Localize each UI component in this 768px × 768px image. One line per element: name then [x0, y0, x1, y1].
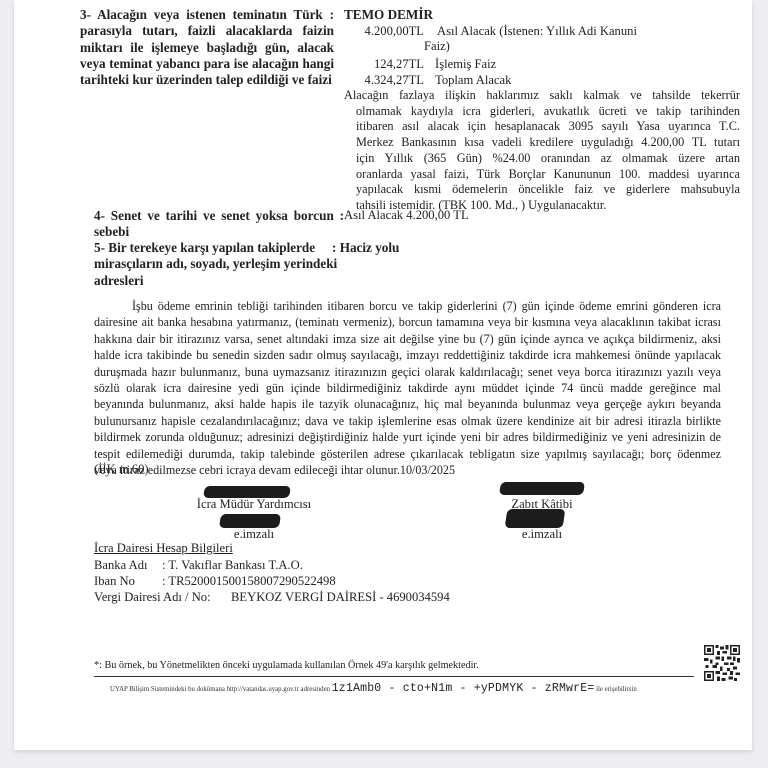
- section3-label-line: 3- Alacağın veya istenen teminatın Türk …: [80, 7, 334, 23]
- bank-info-heading: İcra Dairesi Hesap Bilgileri: [94, 541, 233, 556]
- uyap-access-code[interactable]: 1z1Amb0 - cto+N1m - +yPDMYK - zRMwrE=: [332, 682, 595, 695]
- paragraph-line: bulunursanız hapisle cezalandırılacağını…: [94, 413, 721, 429]
- bank-label: Banka Adı: [94, 558, 148, 573]
- iban-row: Iban No : TR520001500158007290522498: [94, 574, 494, 590]
- amount-label-cont: Faiz): [424, 39, 450, 54]
- paragraph-line: itibaren asıl alacak için hesaplanacak 3…: [356, 119, 740, 135]
- section5-label-line: 5- Bir terekeye karşı yapılan takiplerde: [94, 240, 344, 256]
- creditor-name: TEMO DEMİR: [344, 7, 433, 23]
- warning-paragraph: İşbu ödeme emrinin tebliği tarihinden it…: [94, 298, 721, 478]
- paragraph-line: duruşmada hazır bulunmanız, buna uymazsa…: [94, 364, 721, 380]
- paragraph-line: oranlarda yasal faizi, Türk Borçlar Kanu…: [356, 167, 740, 183]
- amount-label: İşlemiş Faiz: [435, 57, 496, 72]
- bank-value: : T. Vakıflar Bankası T.A.O.: [162, 558, 303, 573]
- uyap-access-line: UYAP Bilişim Sistemindeki bu dokümana ht…: [110, 682, 637, 695]
- paragraph-line: bildirmek zorunda olduğunuz; adresinizi …: [94, 429, 721, 445]
- section3-label-line: tarihteki kur üzerinden talep edildiği v…: [80, 72, 334, 88]
- tax-office-row: Vergi Dairesi Adı / No: BEYKOZ VERGİ DAİ…: [94, 590, 494, 606]
- section5-label: 5- Bir terekeye karşı yapılan takiplerde…: [94, 240, 344, 289]
- redacted-signature: [505, 509, 566, 528]
- section5-value: : Haciz yolu: [332, 240, 399, 256]
- paragraph-line: beyanında bulunmanız, aksi halde hapis i…: [94, 396, 721, 412]
- section4-label-line: sebebi: [94, 224, 344, 240]
- amount-interest: 124,27TL İşlemiş Faiz: [304, 57, 744, 73]
- paragraph-line: Merkez Bankasının kısa vadeli kredilere …: [356, 135, 740, 151]
- section3-label: 3- Alacağın veya istenen teminatın Türk …: [80, 7, 334, 88]
- paragraph-line: sözlü olarak icra dairesine yedi gün içi…: [94, 380, 721, 396]
- paragraph-line: için Yıllık (365 Gün) %24.00 oranından a…: [356, 151, 740, 167]
- paragraph-line: halde icra takibinde bu senedin sizden s…: [94, 347, 721, 363]
- paragraph-line: hakkına dair bir itirazınız varsa, senet…: [94, 331, 721, 347]
- section5-label-line: adresleri: [94, 273, 344, 289]
- amount-principal: 4.200,00TL Asıl Alacak (İstenen: Yıllık …: [304, 24, 744, 56]
- e-signed-label: e.imzalı: [154, 527, 354, 542]
- signature-title: İcra Müdür Yardımcısı: [154, 497, 354, 512]
- section3-label-line: miktarı ile işlemeye başladığı gün, alac…: [80, 40, 334, 56]
- amount-total: 4.324,27TL Toplam Alacak: [304, 73, 744, 89]
- paragraph-line: dairesine ait banka hesabına yatırmanız,…: [94, 314, 721, 330]
- section3-label-line: parasıyla tutarı, faizli alacaklarda fai…: [80, 23, 334, 39]
- e-signed-label: e.imzalı: [484, 527, 600, 542]
- paragraph-line: olmamak kaydıyla icra giderleri, avukatl…: [356, 104, 740, 120]
- footer-divider: [94, 676, 694, 677]
- legal-reference: (İİK m.60): [94, 462, 149, 477]
- redacted-signature: [219, 514, 281, 528]
- iban-value[interactable]: : TR520001500158007290522498: [162, 574, 336, 589]
- section4-value: Asıl Alacak 4.200,00 TL: [344, 208, 469, 223]
- section3-label-line: veya teminat yabancı para ise alacağın h…: [80, 56, 334, 72]
- amount-value: 124,27TL: [304, 57, 424, 72]
- amount-label: Toplam Alacak: [435, 73, 511, 88]
- reservation-paragraph: Alacağın fazlaya ilişkin haklarımız sakl…: [344, 88, 740, 214]
- qr-code-icon[interactable]: [704, 645, 740, 681]
- section4-label: 4- Senet ve tarihi ve senet yoksa borcun…: [94, 208, 344, 241]
- amount-value: 4.324,27TL: [304, 73, 424, 88]
- amount-value: 4.200,00TL: [304, 24, 424, 39]
- document-page: 3- Alacağın veya istenen teminatın Türk …: [14, 0, 752, 750]
- bank-label: Iban No: [94, 574, 135, 589]
- uyap-suffix: ile erişebilirsin: [596, 686, 637, 693]
- section4-label-line: 4- Senet ve tarihi ve senet yoksa borcun…: [94, 208, 344, 224]
- redacted-name: [499, 482, 585, 495]
- footnote: *: Bu örnek, bu Yönetmelikten önceki uyg…: [94, 660, 479, 671]
- bank-label: Vergi Dairesi Adı / No:: [94, 590, 211, 605]
- paragraph-line: veya itiraz edilmezse cebri icraya devam…: [94, 462, 721, 478]
- bank-value: BEYKOZ VERGİ DAİRESİ - 4690034594: [231, 590, 450, 605]
- uyap-prefix: UYAP Bilişim Sistemindeki bu dokümana ht…: [110, 686, 330, 693]
- paragraph-line: Alacağın fazlaya ilişkin haklarımız sakl…: [344, 88, 740, 104]
- paragraph-line: İşbu ödeme emrinin tebliği tarihinden it…: [94, 298, 721, 314]
- bank-name-row: Banka Adı : T. Vakıflar Bankası T.A.O.: [94, 558, 494, 574]
- section5-label-line: mirasçıların adı, soyadı, yerleşim yerin…: [94, 256, 344, 272]
- paragraph-line: tespit edilemediği durumda, takip talebi…: [94, 446, 721, 462]
- paragraph-line: yapılacak kısmi ödemelerin öncelikle fai…: [356, 182, 740, 198]
- amount-label: Asıl Alacak (İstenen: Yıllık Adi Kanuni: [437, 24, 637, 39]
